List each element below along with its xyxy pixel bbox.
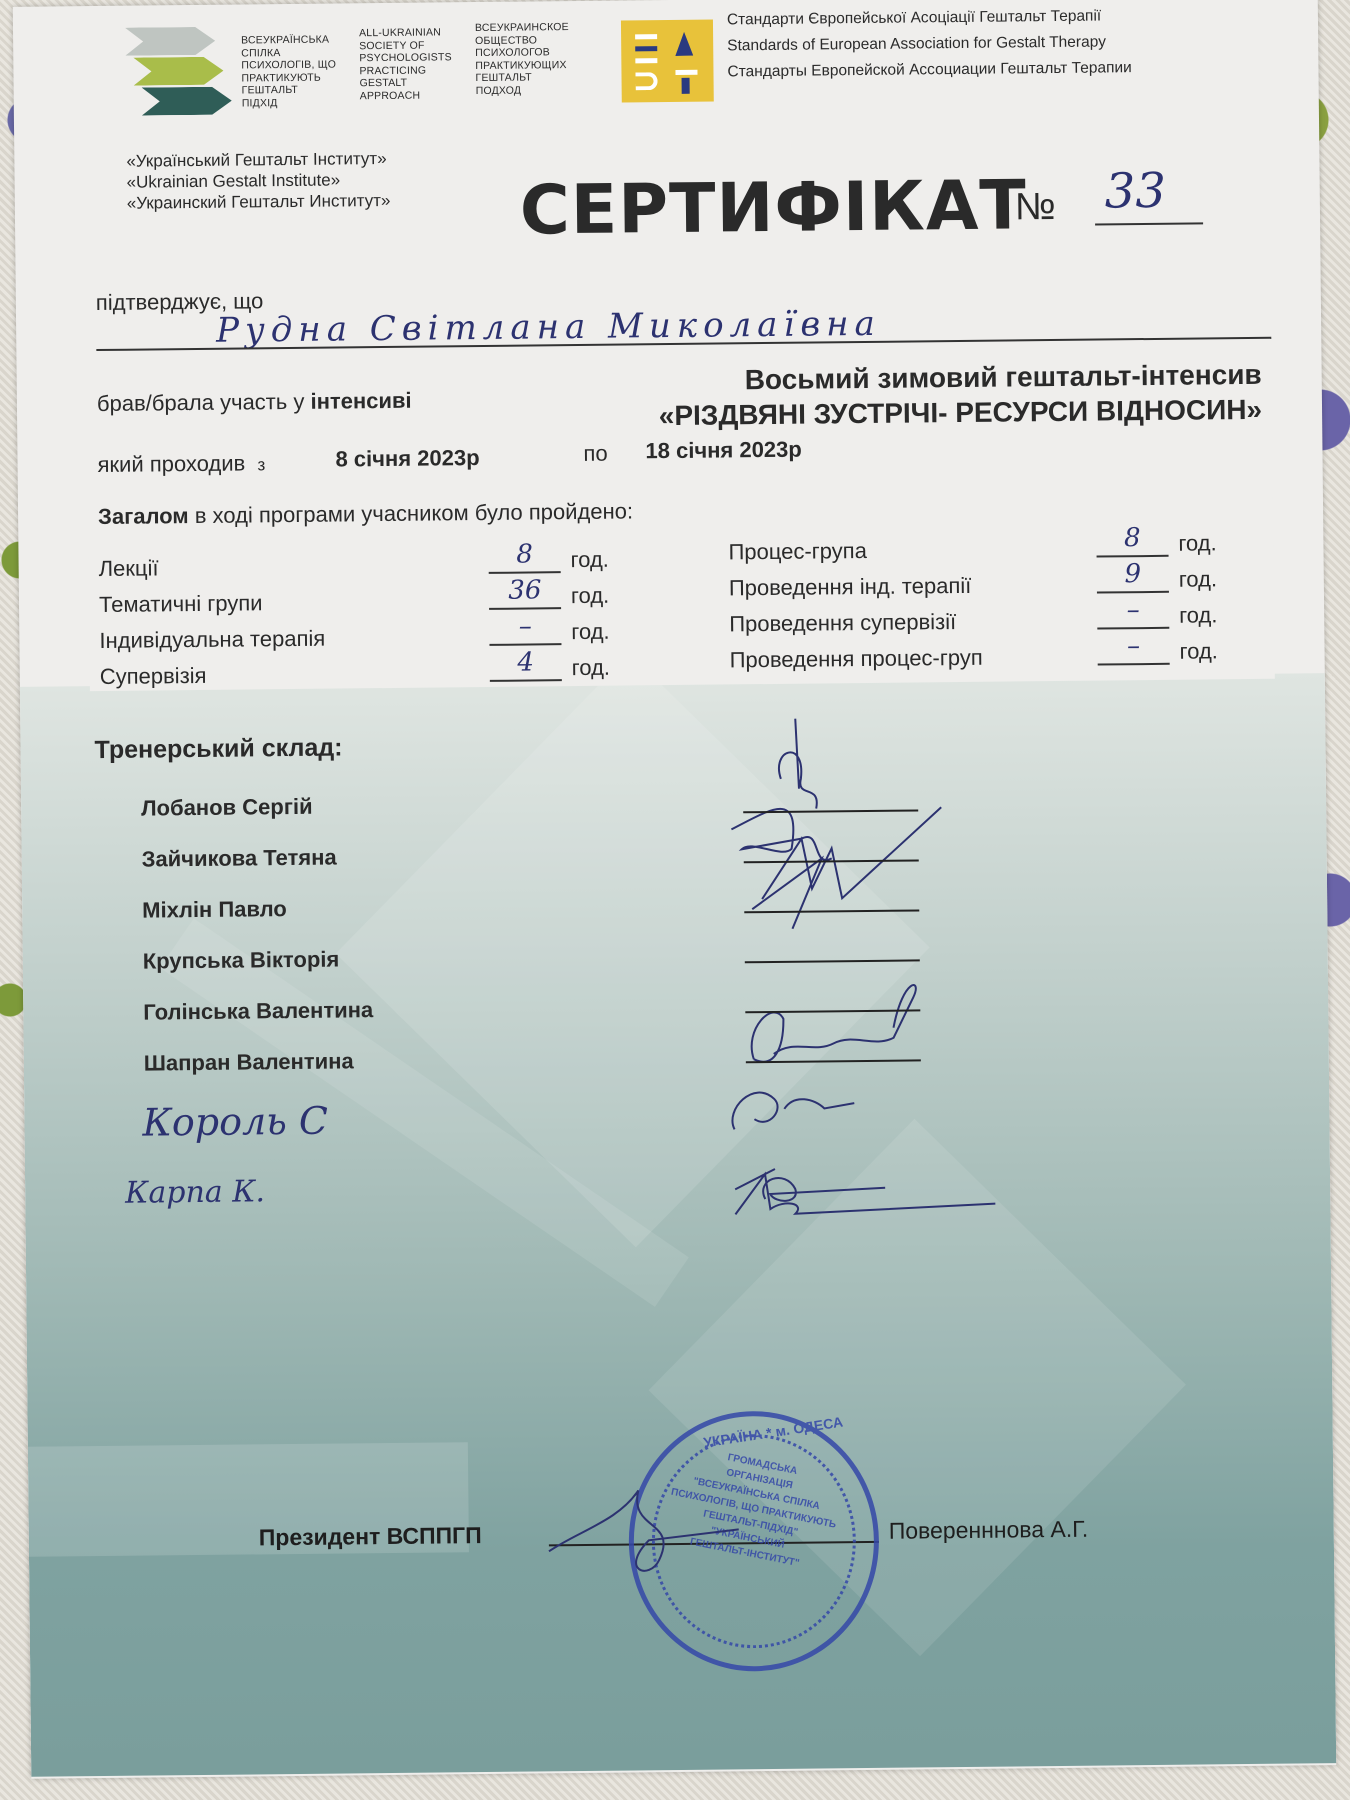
hours-value: –: [1097, 631, 1169, 662]
certificate-title: СЕРТИФІКАТ: [520, 166, 1028, 250]
event-title: Восьмий зимовий гештальт-інтенсив: [745, 359, 1262, 396]
hours-unit: год.: [571, 583, 610, 609]
hours-right-column: Процес-група8год.Проведення інд. терапії…: [13, 0, 1318, 7]
president-name: Поверенннова А.Г.: [889, 1516, 1089, 1545]
date-from: 8 січня 2023р: [335, 445, 479, 473]
hours-label: Тематичні групи: [99, 590, 263, 618]
org-name-ua: Всеукраїнськаспілкапсихологів, що практи…: [241, 34, 336, 110]
hours-left-column: Лекції8год.Тематичні групи36год.Індивіду…: [13, 0, 1318, 7]
institute-ru: «Украинский Гештальт Институт»: [127, 191, 391, 214]
hours-unit: год.: [1179, 602, 1218, 628]
hours-value: –: [489, 611, 561, 642]
hours-value: 9: [1097, 559, 1169, 590]
hours-label: Проведення процес-груп: [730, 645, 983, 674]
hours-value: 4: [489, 647, 561, 678]
signature-karpa: [725, 1162, 1006, 1225]
hours-value: 36: [489, 575, 561, 606]
hours-label: Проведення супервізії: [729, 609, 956, 637]
trainer-name: Міхлін Павло: [142, 896, 287, 924]
number-underline: [1095, 222, 1203, 225]
event-name: «РІЗДВЯНІ ЗУСТРІЧІ- РЕСУРСИ ВІДНОСИН»: [659, 394, 1263, 432]
to-label: по: [583, 441, 607, 467]
hours-label: Процес-група: [728, 538, 867, 565]
org-logo: [13, 0, 1318, 7]
org-name-en: All-UkrainianSociety ofPsychologists Pra…: [359, 26, 452, 102]
trainer-name: Голінська Валентина: [143, 997, 373, 1025]
hours-unit: год.: [1179, 566, 1218, 592]
eagt-logo: [621, 20, 714, 103]
trainer-name: Зайчикова Тетяна: [142, 845, 337, 873]
hours-label: Індивідуальна терапія: [99, 626, 325, 654]
hours-label: Проведення інд. терапії: [729, 573, 972, 602]
hours-value: 8: [488, 539, 560, 570]
participated-text: брав/брала участь у інтенсиві: [97, 388, 412, 417]
president-label: Президент ВСППГП: [259, 1522, 482, 1551]
org-name-ru: Всеукраинскоеобществопсихологов практику…: [475, 21, 570, 97]
trainers-list: Лобанов СергійЗайчикова ТетянаМіхлін Пав…: [13, 0, 1318, 7]
hours-label: Лекції: [99, 555, 159, 582]
hours-unit: год.: [572, 655, 611, 681]
trainer-name-handwritten: Король С: [142, 1099, 328, 1145]
standards-ru: Стандарты Европейской Ассоциации Гешталь…: [727, 59, 1131, 81]
date-to: 18 січня 2023р: [645, 437, 802, 465]
held-label: який проходив з: [97, 450, 265, 478]
president-signature: [538, 1469, 759, 1591]
standards-ua: Стандарти Європейської Асоціації Гешталь…: [727, 7, 1101, 29]
institute-en: «Ukrainian Gestalt Institute»: [127, 170, 341, 192]
number-label: №: [1015, 186, 1056, 229]
hours-label: Супервізія: [100, 663, 207, 690]
certificate-number: 33: [1104, 163, 1166, 220]
hours-unit: год.: [1179, 638, 1218, 664]
institute-ua: «Український Гештальт Інститут»: [126, 149, 386, 172]
standards-en: Standards of European Association for Ge…: [727, 33, 1106, 55]
certificate-sheet: Всеукраїнськаспілкапсихологів, що практи…: [13, 0, 1336, 1779]
trainers-heading: Тренерський склад:: [94, 733, 342, 765]
signature-lines: [13, 0, 1318, 7]
trainer-name: Крупська Вікторія: [143, 947, 340, 975]
hours-value: 8: [1096, 523, 1168, 554]
hours-value: –: [1097, 595, 1169, 626]
trainer-name: Шапран Валентина: [144, 1048, 354, 1076]
hours-unit: год.: [571, 619, 610, 645]
hours-unit: год.: [570, 547, 609, 573]
trainer-name: Лобанов Сергій: [141, 794, 313, 822]
hours-unit: год.: [1178, 530, 1217, 556]
trainer-name-handwritten: Карпа К.: [125, 1174, 265, 1210]
